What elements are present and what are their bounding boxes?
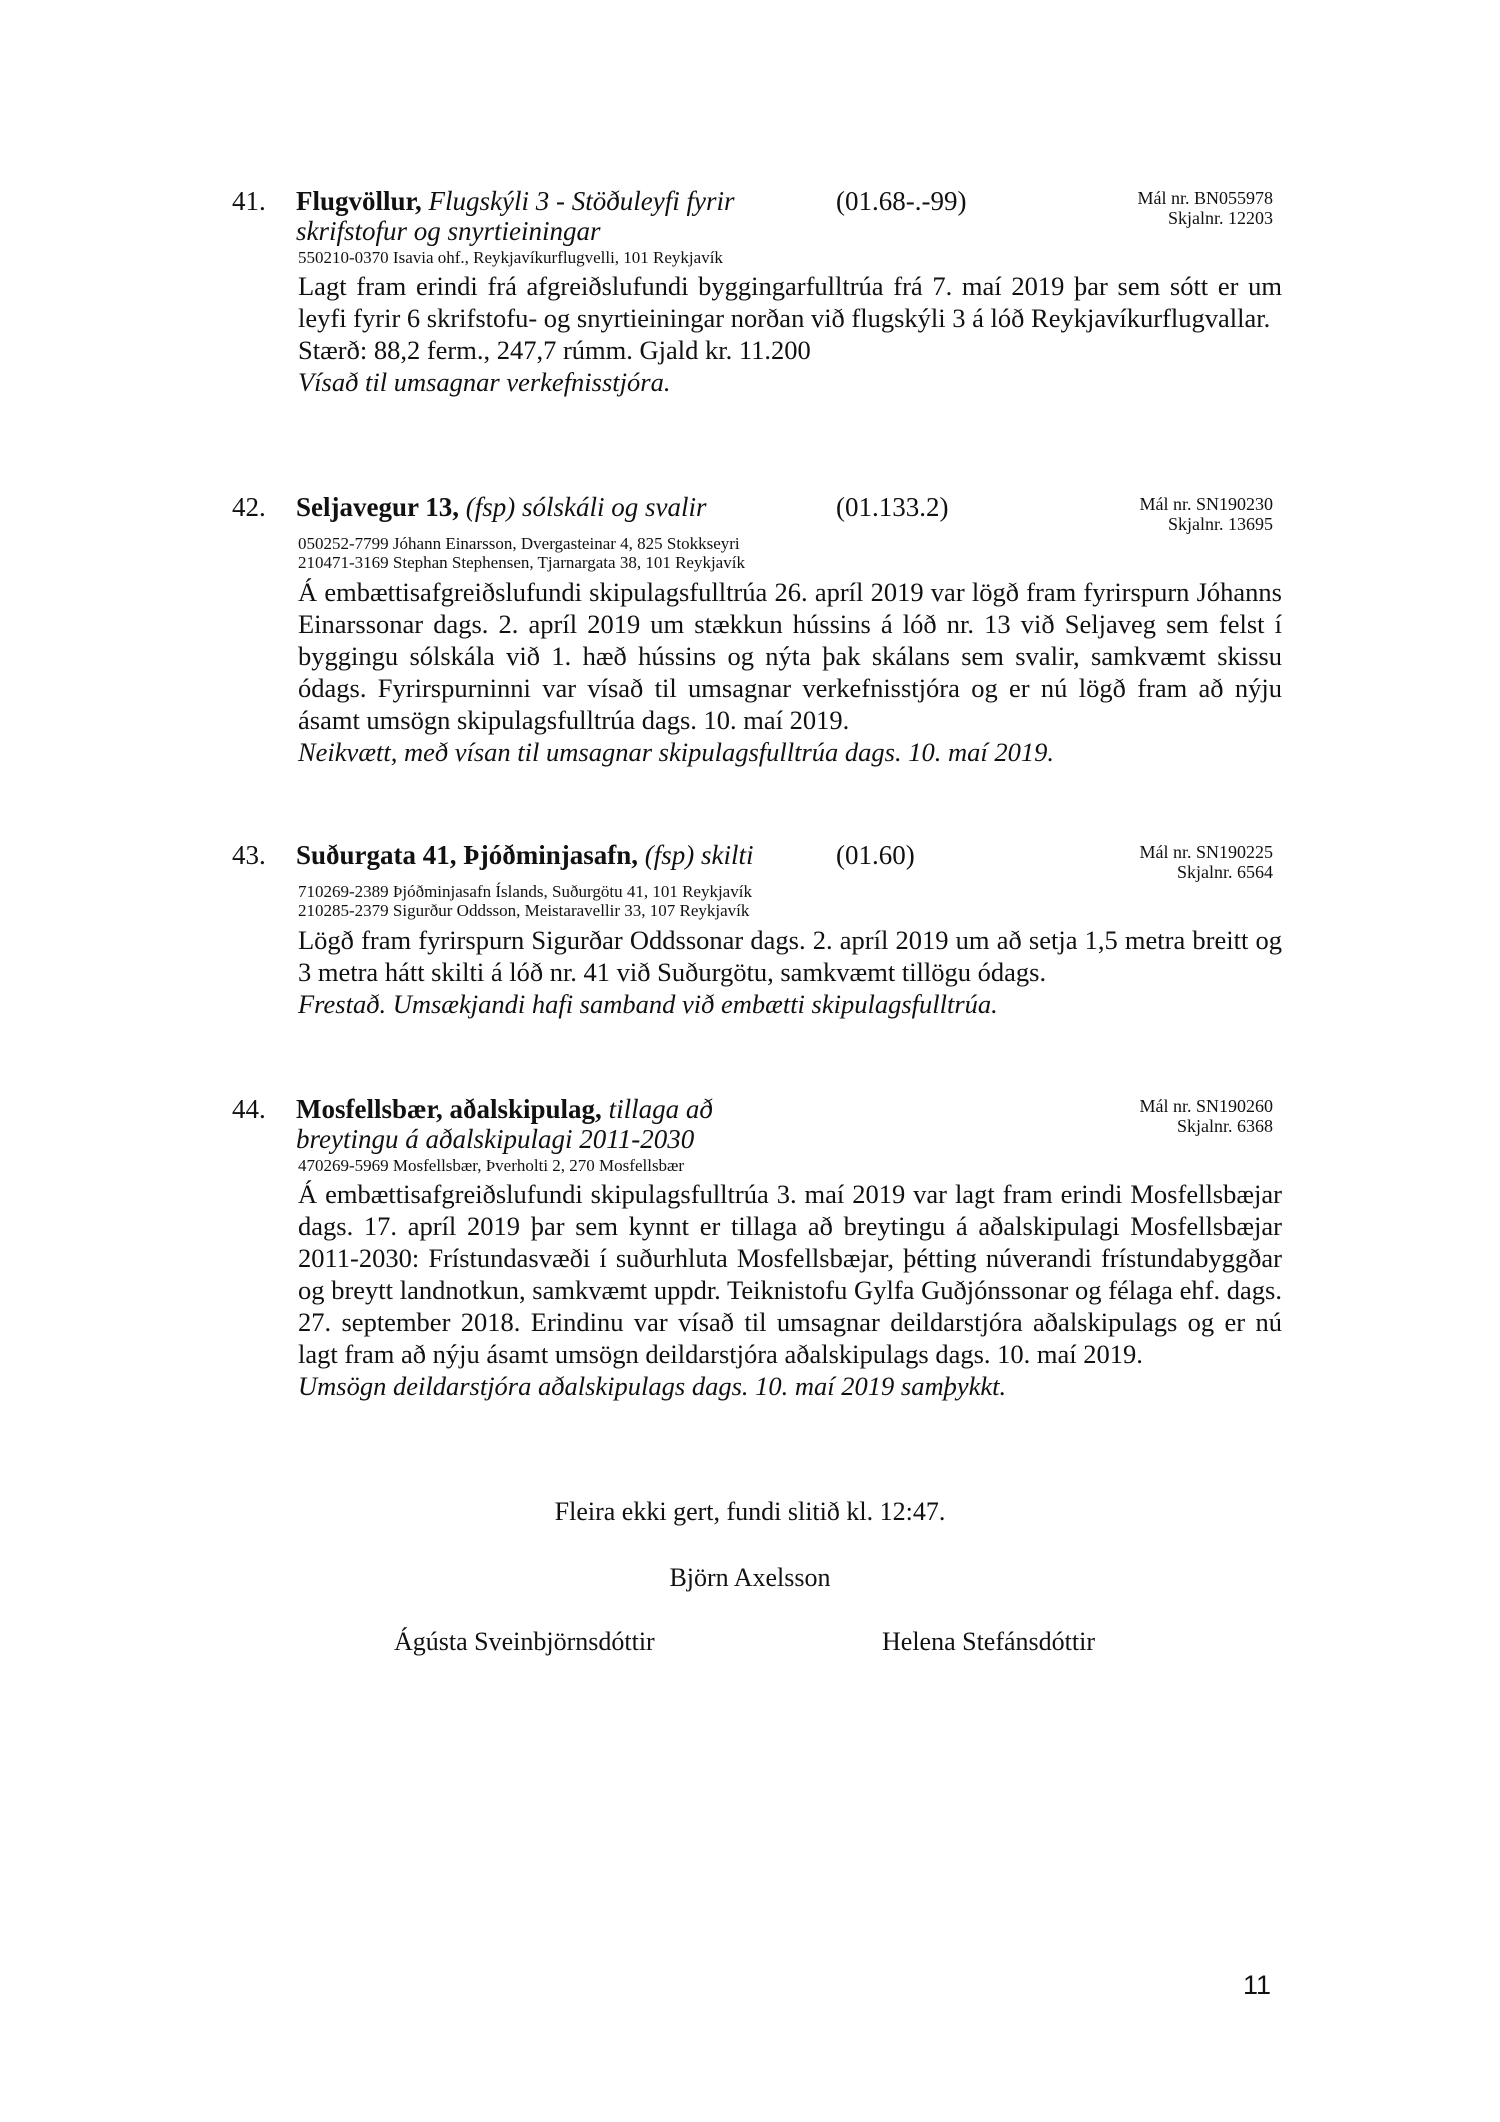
item-description: Lagt fram erindi frá afgreiðslufundi byg… (298, 270, 1282, 334)
applicant-address: 210285-2379 Sigurður Oddsson, Meistarave… (298, 901, 749, 921)
item-title-italic: (fsp) skilti (645, 840, 754, 870)
chair-signature: Björn Axelsson (0, 1563, 1500, 1593)
item-conclusion: Vísað til umsagnar verkefnisstjóra. (298, 366, 1282, 398)
item-title: Seljavegur 13, (fsp) sólskáli og svalir (296, 492, 836, 522)
applicant-address: 550210-0370 Isavia ohf., Reykjavíkurflug… (298, 248, 723, 268)
item-title: Suðurgata 41, Þjóðminjasafn, (fsp) skilt… (296, 840, 836, 870)
item-meta: Mál nr. SN190225 Skjalnr. 6564 (1139, 842, 1273, 882)
item-body: Á embættisafgreiðslufundi skipulagsfullt… (298, 576, 1282, 768)
item-ref: (01.133.2) (836, 492, 948, 522)
signatory-name: Ágústa Sveinbjörnsdóttir (394, 1627, 655, 1657)
skjalnr: Skjalnr. 12203 (1137, 208, 1273, 228)
item-size-fee: Stærð: 88,2 ferm., 247,7 rúmm. Gjald kr.… (298, 334, 1282, 366)
item-title-bold: Flugvöllur, (296, 186, 422, 216)
item-body: Lögð fram fyrirspurn Sigurðar Oddssonar … (298, 924, 1282, 1020)
mal-nr: Mál nr. SN190260 (1139, 1096, 1273, 1116)
item-description: Á embættisafgreiðslufundi skipulagsfullt… (298, 1178, 1282, 1370)
closing-statement: Fleira ekki gert, fundi slitið kl. 12:47… (0, 1497, 1500, 1527)
item-meta: Mál nr. SN190230 Skjalnr. 13695 (1139, 494, 1273, 534)
applicant-address: 050252-7799 Jóhann Einarsson, Dvergastei… (298, 534, 740, 554)
item-description: Á embættisafgreiðslufundi skipulagsfullt… (298, 576, 1282, 736)
applicant-address: 210471-3169 Stephan Stephensen, Tjarnarg… (298, 553, 745, 573)
item-meta: Mál nr. BN055978 Skjalnr. 12203 (1137, 188, 1273, 228)
item-description: Lögð fram fyrirspurn Sigurðar Oddssonar … (298, 924, 1282, 988)
page-number: 11 (1243, 1970, 1271, 2001)
item-title-bold: Seljavegur 13, (296, 492, 459, 522)
item-title-bold: Mosfellsbær, aðalskipulag, (296, 1094, 602, 1124)
applicant-address: 470269-5969 Mosfellsbær, Þverholti 2, 27… (298, 1156, 684, 1176)
item-number: 44. (232, 1094, 266, 1124)
item-conclusion: Frestað. Umsækjandi hafi samband við emb… (298, 988, 1282, 1020)
item-ref: (01.68-.-99) (836, 186, 966, 216)
item-number: 43. (232, 840, 266, 870)
item-title-italic: (fsp) sólskáli og svalir (466, 492, 707, 522)
mal-nr: Mál nr. SN190230 (1139, 494, 1273, 514)
item-title: Flugvöllur, Flugskýli 3 - Stöðuleyfi fyr… (296, 186, 816, 246)
skjalnr: Skjalnr. 6564 (1139, 862, 1273, 882)
item-body: Lagt fram erindi frá afgreiðslufundi byg… (298, 270, 1282, 398)
item-ref: (01.60) (836, 840, 915, 870)
skjalnr: Skjalnr. 13695 (1139, 514, 1273, 534)
signatory-name: Helena Stefánsdóttir (882, 1627, 1095, 1657)
applicant-address: 710269-2389 Þjóðminjasafn Íslands, Suður… (298, 882, 752, 902)
mal-nr: Mál nr. BN055978 (1137, 188, 1273, 208)
item-body: Á embættisafgreiðslufundi skipulagsfullt… (298, 1178, 1282, 1402)
item-conclusion: Umsögn deildarstjóra aðalskipulags dags.… (298, 1370, 1282, 1402)
item-title: Mosfellsbær, aðalskipulag, tillaga að br… (296, 1094, 766, 1154)
skjalnr: Skjalnr. 6368 (1139, 1116, 1273, 1136)
item-number: 42. (232, 492, 266, 522)
item-conclusion: Neikvætt, með vísan til umsagnar skipula… (298, 736, 1282, 768)
item-meta: Mál nr. SN190260 Skjalnr. 6368 (1139, 1096, 1273, 1136)
mal-nr: Mál nr. SN190225 (1139, 842, 1273, 862)
item-number: 41. (232, 186, 266, 216)
item-title-bold: Suðurgata 41, Þjóðminjasafn, (296, 840, 638, 870)
